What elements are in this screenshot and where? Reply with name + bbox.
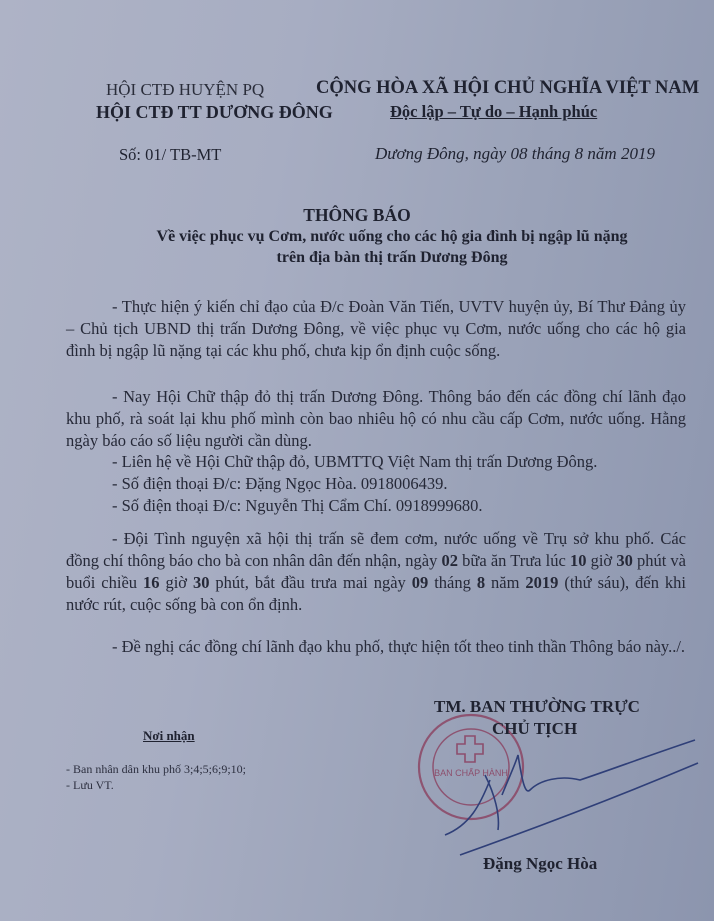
body-paragraph-2: - Nay Hội Chữ thập đỏ thị trấn Dương Đôn…: [66, 386, 686, 452]
notice-document: HỘI CTĐ HUYỆN PQ HỘI CTĐ TT DƯƠNG ĐÔNG C…: [0, 0, 714, 921]
body-paragraph-4: - Đề nghị các đồng chí lãnh đạo khu phố,…: [66, 636, 686, 658]
phone-line-1: - Số điện thoại Đ/c: Đặng Ngọc Hòa. 0918…: [112, 474, 447, 494]
body-paragraph-2-text: - Nay Hội Chữ thập đỏ thị trấn Dương Đôn…: [66, 387, 686, 450]
document-title: THÔNG BÁO: [0, 205, 714, 226]
body-paragraph-1: - Thực hiện ý kiến chỉ đạo của Đ/c Đoàn …: [66, 296, 686, 362]
handwritten-signature-icon: [440, 735, 700, 865]
contact-line: - Liên hệ về Hội Chữ thập đỏ, UBMTTQ Việ…: [112, 452, 597, 472]
recipient-item: - Lưu VT.: [66, 778, 114, 793]
place-and-date: Dương Đông, ngày 08 tháng 8 năm 2019: [375, 144, 655, 164]
document-number: Số: 01/ TB-MT: [119, 145, 221, 165]
recipients-heading: Nơi nhận: [143, 728, 195, 744]
phone-line-2: - Số điện thoại Đ/c: Nguyễn Thị Cẩm Chí.…: [112, 496, 482, 516]
body-paragraph-1-text: - Thực hiện ý kiến chỉ đạo của Đ/c Đoàn …: [66, 297, 686, 360]
parent-organization: HỘI CTĐ HUYỆN PQ: [106, 80, 264, 100]
signatory-name: Đặng Ngọc Hòa: [483, 854, 597, 874]
document-subject-line-1: Về việc phục vụ Cơm, nước uống cho các h…: [0, 228, 714, 246]
body-paragraph-4-text: - Đề nghị các đồng chí lãnh đạo khu phố,…: [112, 637, 685, 656]
organization-name: HỘI CTĐ TT DƯƠNG ĐÔNG: [96, 102, 333, 123]
signatory-on-behalf: TM. BAN THƯỜNG TRỰC: [434, 697, 640, 717]
recipient-item: - Ban nhân dân khu phố 3;4;5;6;9;10;: [66, 762, 246, 777]
organization-name-text: HỘI CTĐ TT DƯƠNG ĐÔNG: [96, 102, 333, 122]
national-motto: Độc lập – Tự do – Hạnh phúc: [390, 102, 597, 122]
national-title: CỘNG HÒA XÃ HỘI CHỦ NGHĨA VIỆT NAM: [316, 78, 699, 99]
document-subject-line-2: trên địa bàn thị trấn Dương Đông: [0, 249, 714, 267]
body-paragraph-3: - Đội Tình nguyện xã hội thị trấn sẽ đem…: [66, 528, 686, 616]
